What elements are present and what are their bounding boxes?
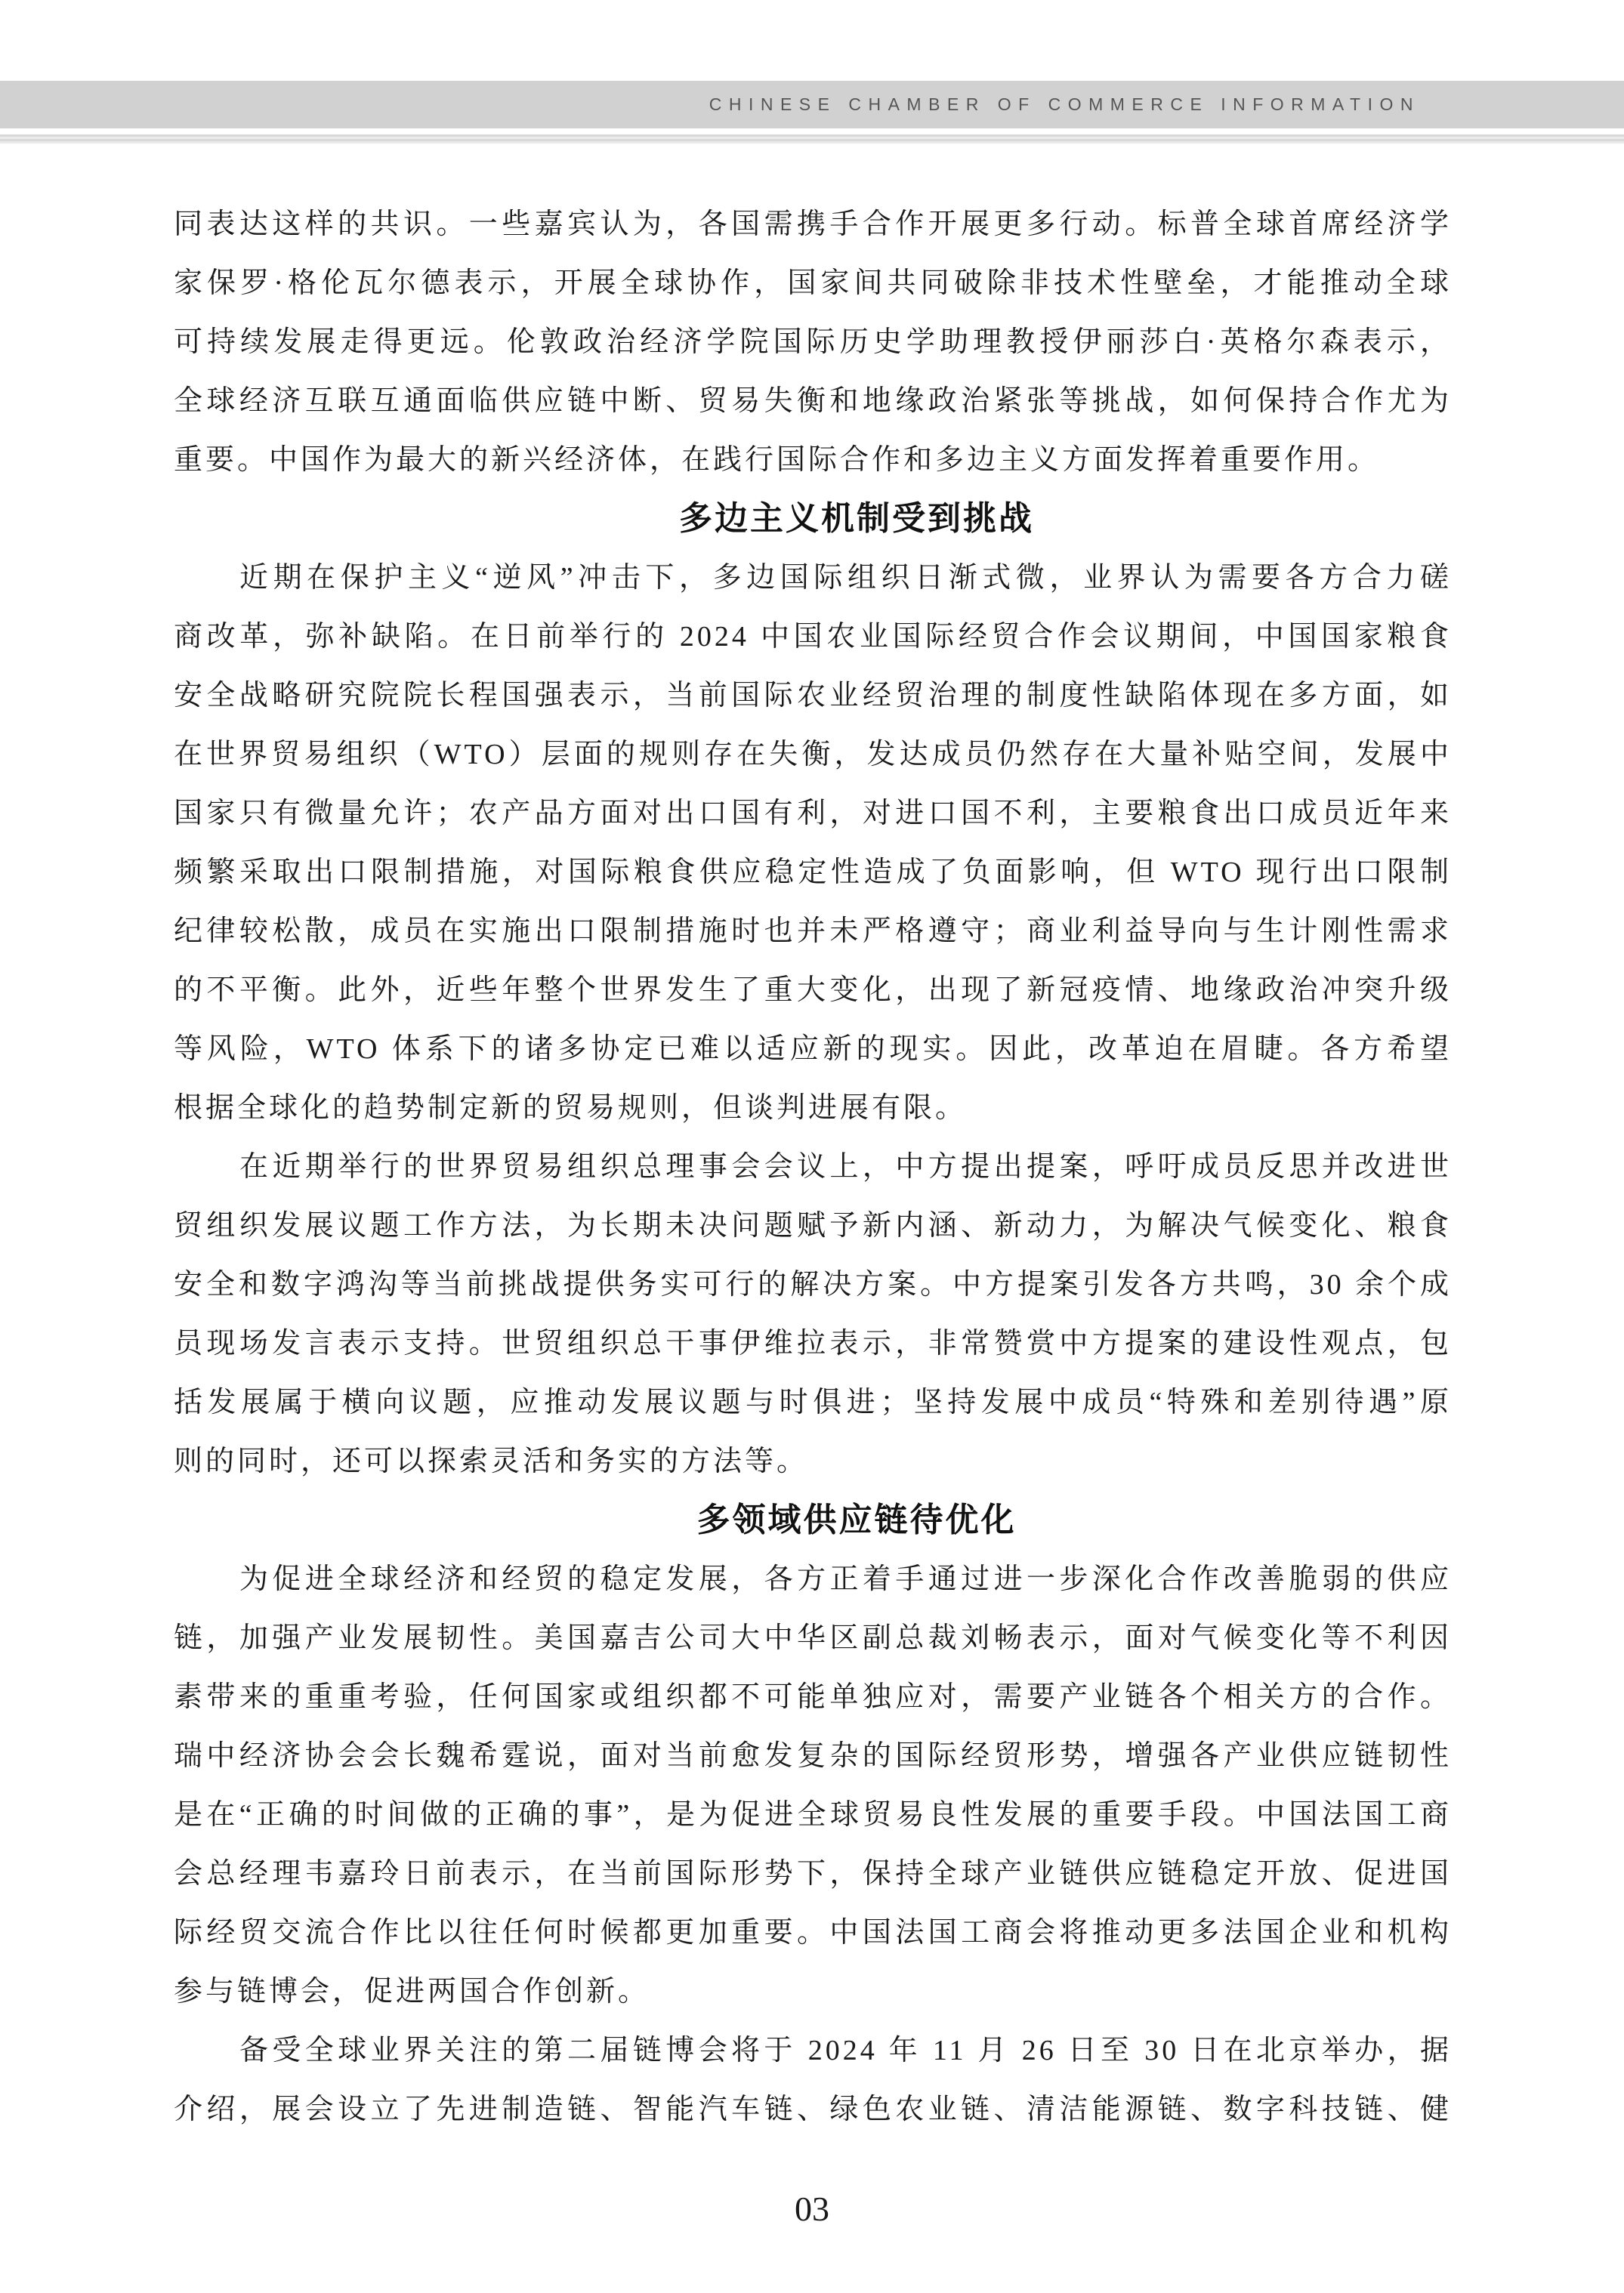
body-line: 安全和数字鸿沟等当前挑战提供务实可行的解决方案。中方提案引发各方共鸣，30 余个…	[174, 1255, 1452, 1314]
body-line: 括发展属于横向议题，应推动发展议题与时俱进；坚持发展中成员“特殊和差别待遇”原	[174, 1373, 1452, 1432]
body-line: 会总经理韦嘉玲日前表示，在当前国际形势下，保持全球产业链供应链稳定开放、促进国	[174, 1844, 1452, 1903]
body-line: 素带来的重重考验，任何国家或组织都不可能单独应对，需要产业链各个相关方的合作。	[174, 1668, 1452, 1727]
body-line: 是在“正确的时间做的正确的事”，是为促进全球贸易良性发展的重要手段。中国法国工商	[174, 1785, 1452, 1844]
body-line: 介绍，展会设立了先进制造链、智能汽车链、绿色农业链、清洁能源链、数字科技链、健	[174, 2080, 1452, 2139]
page-number: 03	[0, 2190, 1624, 2228]
body-line: 根据全球化的趋势制定新的贸易规则，但谈判进展有限。	[174, 1079, 1452, 1137]
body-line: 瑞中经济协会会长魏希霆说，面对当前愈发复杂的国际经贸形势，增强各产业供应链韧性	[174, 1727, 1452, 1785]
body-line: 在近期举行的世界贸易组织总理事会会议上，中方提出提案，呼吁成员反思并改进世	[174, 1137, 1452, 1196]
body-line: 等风险，WTO 体系下的诸多协定已难以适应新的现实。因此，改革迫在眉睫。各方希望	[174, 1020, 1452, 1079]
body-line: 的不平衡。此外，近些年整个世界发生了重大变化，出现了新冠疫情、地缘政治冲突升级	[174, 961, 1452, 1020]
section-heading: 多边主义机制受到挑战	[174, 489, 1452, 548]
header-title: CHINESE CHAMBER OF COMMERCE INFORMATION	[709, 81, 1420, 128]
body-line: 全球经济互联互通面临供应链中断、贸易失衡和地缘政治紧张等挑战，如何保持合作尤为	[174, 372, 1452, 431]
body-line: 重要。中国作为最大的新兴经济体，在践行国际合作和多边主义方面发挥着重要作用。	[174, 431, 1452, 489]
body-line: 纪律较松散，成员在实施出口限制措施时也并未严格遵守；商业利益导向与生计刚性需求	[174, 902, 1452, 961]
body-line: 近期在保护主义“逆风”冲击下，多边国际组织日渐式微，业界认为需要各方合力磋	[174, 548, 1452, 607]
article-body: 同表达这样的共识。一些嘉宾认为，各国需携手合作开展更多行动。标普全球首席经济学家…	[174, 195, 1452, 2139]
body-line: 员现场发言表示支持。世贸组织总干事伊维拉表示，非常赞赏中方提案的建设性观点，包	[174, 1314, 1452, 1373]
header-divider	[0, 134, 1624, 144]
body-line: 可持续发展走得更远。伦敦政治经济学院国际历史学助理教授伊丽莎白·英格尔森表示，	[174, 313, 1452, 372]
header-bar: CHINESE CHAMBER OF COMMERCE INFORMATION	[0, 81, 1624, 128]
body-line: 则的同时，还可以探索灵活和务实的方法等。	[174, 1432, 1452, 1491]
body-line: 在世界贸易组织（WTO）层面的规则存在失衡，发达成员仍然存在大量补贴空间，发展中	[174, 725, 1452, 784]
body-line: 链，加强产业发展韧性。美国嘉吉公司大中华区副总裁刘畅表示，面对气候变化等不利因	[174, 1609, 1452, 1668]
body-line: 商改革，弥补缺陷。在日前举行的 2024 中国农业国际经贸合作会议期间，中国国家…	[174, 607, 1452, 666]
body-line: 同表达这样的共识。一些嘉宾认为，各国需携手合作开展更多行动。标普全球首席经济学	[174, 195, 1452, 254]
section-heading: 多领域供应链待优化	[174, 1491, 1452, 1550]
body-line: 国家只有微量允许；农产品方面对出口国有利，对进口国不利，主要粮食出口成员近年来	[174, 784, 1452, 843]
body-line: 参与链博会，促进两国合作创新。	[174, 1962, 1452, 2021]
body-line: 安全战略研究院院长程国强表示，当前国际农业经贸治理的制度性缺陷体现在多方面，如	[174, 666, 1452, 725]
body-line: 频繁采取出口限制措施，对国际粮食供应稳定性造成了负面影响，但 WTO 现行出口限…	[174, 843, 1452, 902]
document-page: CHINESE CHAMBER OF COMMERCE INFORMATION …	[0, 0, 1624, 2293]
body-line: 家保罗·格伦瓦尔德表示，开展全球协作，国家间共同破除非技术性壁垒，才能推动全球	[174, 254, 1452, 313]
body-line: 际经贸交流合作比以往任何时候都更加重要。中国法国工商会将推动更多法国企业和机构	[174, 1903, 1452, 1962]
body-line: 为促进全球经济和经贸的稳定发展，各方正着手通过进一步深化合作改善脆弱的供应	[174, 1550, 1452, 1609]
body-line: 贸组织发展议题工作方法，为长期未决问题赋予新内涵、新动力，为解决气候变化、粮食	[174, 1196, 1452, 1255]
body-line: 备受全球业界关注的第二届链博会将于 2024 年 11 月 26 日至 30 日…	[174, 2021, 1452, 2080]
